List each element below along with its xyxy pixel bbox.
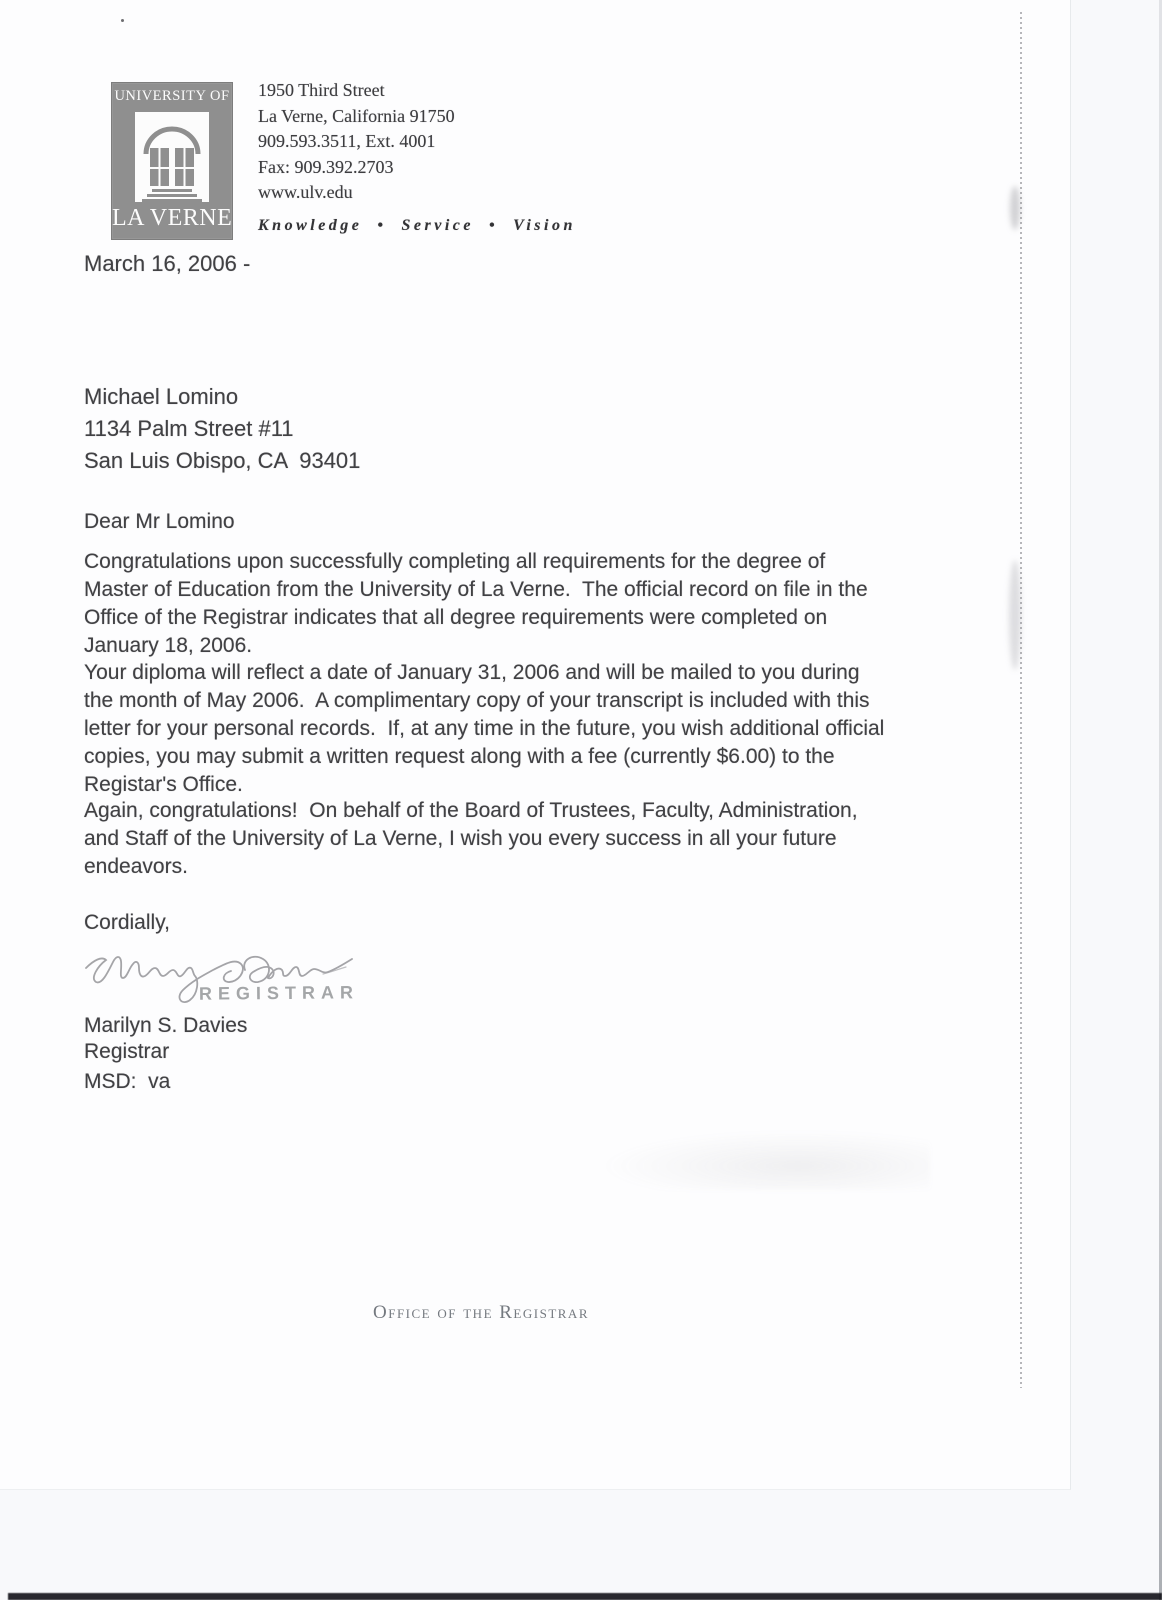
arched-window-icon bbox=[135, 112, 209, 202]
address-line: 909.593.3511, Ext. 4001 bbox=[258, 129, 455, 155]
letterhead-address-block: 1950 Third Street La Verne, California 9… bbox=[258, 78, 455, 206]
scan-artifact-smudge bbox=[1010, 186, 1020, 230]
logo-text-la-verne: LA VERNE bbox=[112, 205, 232, 232]
signer-title: Registrar bbox=[84, 1039, 247, 1065]
address-line: 1950 Third Street bbox=[258, 78, 455, 104]
recipient-city-state-zip: San Luis Obispo, CA 93401 bbox=[84, 445, 360, 477]
scan-artifact-bottom-edge bbox=[8, 1593, 1162, 1600]
scan-artifact-dot bbox=[121, 19, 124, 22]
body-paragraph-3: Again, congratulations! On behalf of the… bbox=[84, 797, 892, 881]
recipient-name: Michael Lomino bbox=[84, 381, 360, 413]
scan-artifact-smudge bbox=[1009, 560, 1021, 670]
salutation: Dear Mr Lomino bbox=[84, 510, 235, 534]
registrar-stamp: REGISTRAR bbox=[199, 982, 359, 1004]
closing-salutation: Cordially, bbox=[84, 911, 170, 935]
scanned-letter-page: UNIVERSITY OF LA VERNE bbox=[0, 0, 1162, 1600]
scan-artifact-speckle bbox=[600, 1130, 930, 1190]
recipient-address-block: Michael Lomino 1134 Palm Street #11 San … bbox=[84, 381, 360, 477]
scan-artifact-dotted-line bbox=[1020, 12, 1022, 1388]
body-paragraph-1: Congratulations upon successfully comple… bbox=[84, 548, 892, 660]
fax-line: Fax: 909.392.2703 bbox=[258, 155, 455, 181]
footer-office-label: Office of the Registrar bbox=[373, 1302, 589, 1324]
reference-initials: MSD: va bbox=[84, 1070, 170, 1094]
body-paragraph-2: Your diploma will reflect a date of Janu… bbox=[84, 659, 892, 799]
signature-block: Marilyn S. Davies Registrar bbox=[84, 1013, 247, 1065]
university-tagline: Knowledge • Service • Vision bbox=[258, 217, 576, 235]
letter-date: March 16, 2006 - bbox=[84, 251, 250, 277]
recipient-street: 1134 Palm Street #11 bbox=[84, 413, 360, 445]
logo-text-university-of: UNIVERSITY OF bbox=[112, 88, 232, 105]
signer-name: Marilyn S. Davies bbox=[84, 1013, 247, 1039]
university-logo: UNIVERSITY OF LA VERNE bbox=[111, 82, 233, 240]
address-line: La Verne, California 91750 bbox=[258, 104, 455, 130]
website-line: www.ulv.edu bbox=[258, 180, 455, 206]
